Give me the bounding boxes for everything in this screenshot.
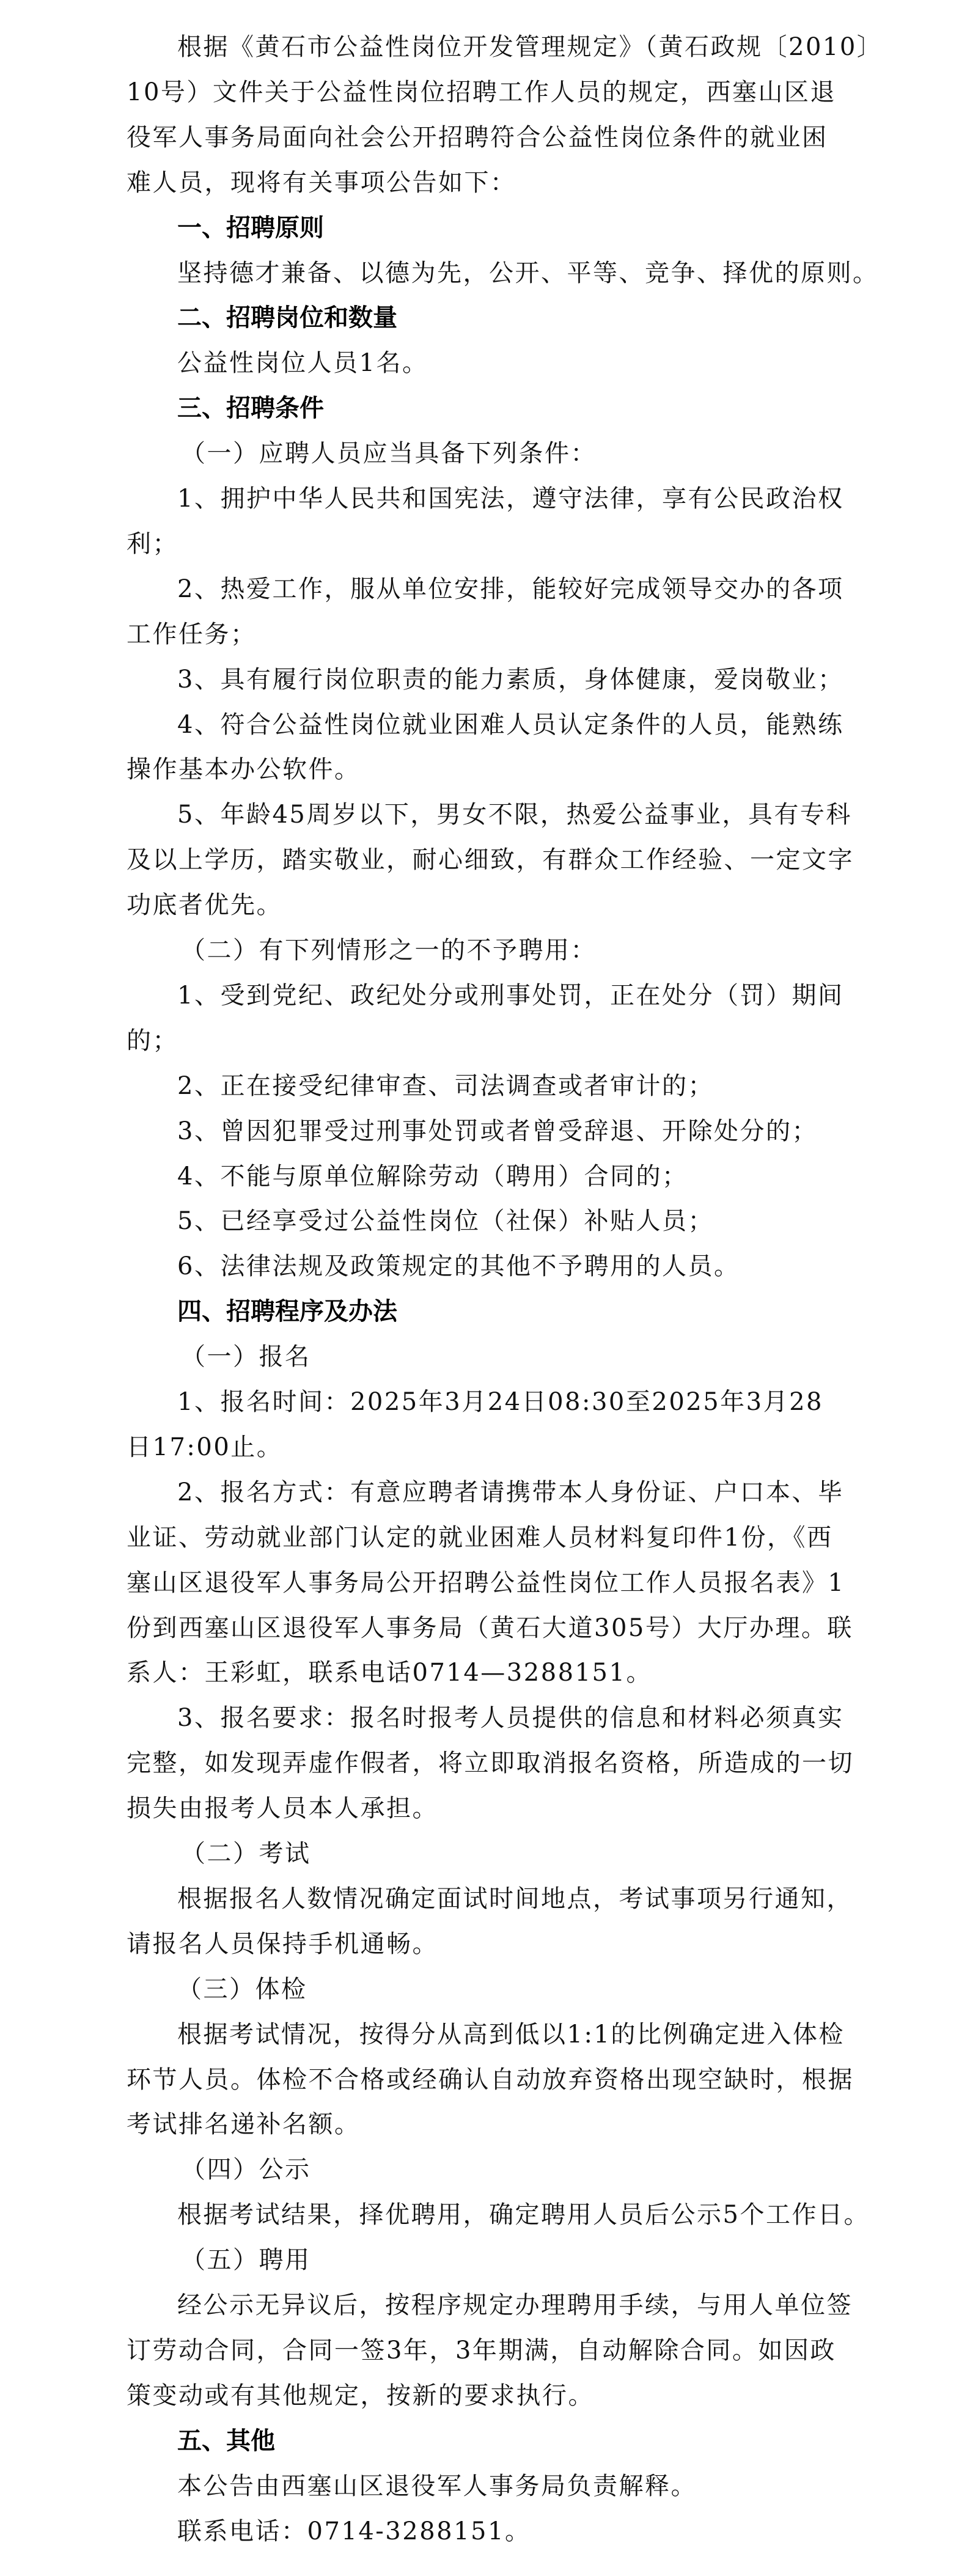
body-text-line: 及以上学历，踏实敬业，耐心细致，有群众工作经验、一定文字 xyxy=(127,837,848,883)
paragraph-first-line: 1、受到党纪、政纪处分或刑事处罚，正在处分（罚）期间 xyxy=(177,973,848,1018)
body-text-line: 日17:00止。 xyxy=(127,1425,848,1470)
paragraph-first-line: 2、报名方式：有意应聘者请携带本人身份证、户口本、毕 xyxy=(177,1470,848,1515)
body-text-line: 系人：王彩虹，联系电话0714—3288151。 xyxy=(127,1650,848,1695)
paragraph-first-line: 坚持德才兼备、以德为先，公开、平等、竞争、择优的原则。 xyxy=(177,251,848,296)
section-heading: 四、招聘程序及办法 xyxy=(177,1289,848,1334)
body-text-line: 订劳动合同，合同一签3年，3年期满，自动解除合同。如因政 xyxy=(127,2328,848,2373)
paragraph-first-line: 本公告由西塞山区退役军人事务局负责解释。 xyxy=(177,2464,848,2509)
body-text-line: 份到西塞山区退役军人事务局（黄石大道305号）大厅办理。联 xyxy=(127,1605,848,1651)
paragraph-first-line: （三）体检 xyxy=(177,1967,848,2012)
body-text-line: 环节人员。体检不合格或经确认自动放弃资格出现空缺时，根据 xyxy=(127,2057,848,2102)
paragraph-first-line: 3、报名要求：报名时报考人员提供的信息和材料必须真实 xyxy=(177,1695,848,1741)
paragraph-first-line: 2、热爱工作，服从单位安排，能较好完成领导交办的各项 xyxy=(177,567,848,612)
body-text-line: 工作任务； xyxy=(127,612,848,657)
paragraph-first-line: 3、具有履行岗位职责的能力素质，身体健康，爱岗敬业； xyxy=(177,657,848,702)
paragraph-first-line: 公益性岗位人员1名。 xyxy=(177,340,848,386)
paragraph-first-line: 联系电话：0714-3288151。 xyxy=(177,2509,848,2554)
subsection-heading: （五）聘用 xyxy=(181,2237,851,2283)
body-text-line: 完整，如发现弄虚作假者，将立即取消报名资格，所造成的一切 xyxy=(127,1741,848,1786)
subsection-heading: （二）有下列情形之一的不予聘用： xyxy=(181,928,851,973)
section-heading: 二、招聘岗位和数量 xyxy=(177,295,848,340)
body-text-line: 操作基本办公软件。 xyxy=(127,747,848,792)
paragraph-first-line: 根据考试结果，择优聘用，确定聘用人员后公示5个工作日。 xyxy=(177,2192,848,2237)
subsection-heading: （四）公示 xyxy=(181,2147,851,2192)
body-text-line: 塞山区退役军人事务局公开招聘公益性岗位工作人员报名表》1 xyxy=(127,1560,848,1605)
section-heading: 三、招聘条件 xyxy=(177,386,848,431)
paragraph-first-line: 1、报名时间：2025年3月24日08:30至2025年3月28 xyxy=(177,1379,848,1425)
body-text-line: 考试排名递补名额。 xyxy=(127,2102,848,2147)
paragraph-first-line: 5、已经享受过公益性岗位（社保）补贴人员； xyxy=(177,1198,848,1244)
body-text-line: 业证、劳动就业部门认定的就业困难人员材料复印件1份，《西 xyxy=(127,1515,848,1560)
body-text-line: 功底者优先。 xyxy=(127,883,848,928)
section-heading: 五、其他 xyxy=(177,2418,848,2464)
paragraph-first-line: 1、拥护中华人民共和国宪法，遵守法律，享有公民政治权 xyxy=(177,476,848,521)
paragraph-first-line: 根据报名人数情况确定面试时间地点，考试事项另行通知， xyxy=(177,1876,848,1921)
body-text-line: 的； xyxy=(127,1018,848,1063)
body-text-line: 策变动或有其他规定，按新的要求执行。 xyxy=(127,2373,848,2418)
subsection-heading: （一）报名 xyxy=(181,1334,851,1379)
paragraph-first-line: 5、年龄45周岁以下，男女不限，热爱公益事业，具有专科 xyxy=(177,792,848,837)
announcement-document: 根据《黄石市公益性岗位开发管理规定》（黄石政规〔2010〕10号）文件关于公益性… xyxy=(0,0,970,2576)
body-text-line: 损失由报考人员本人承担。 xyxy=(127,1786,848,1831)
paragraph-first-line: 3、曾因犯罪受过刑事处罚或者曾受辞退、开除处分的； xyxy=(177,1109,848,1154)
paragraph-first-line: 4、不能与原单位解除劳动（聘用）合同的； xyxy=(177,1154,848,1199)
body-text-line: 利； xyxy=(127,521,848,567)
body-text-line: 10号）文件关于公益性岗位招聘工作人员的规定，西塞山区退 xyxy=(127,70,848,115)
paragraph-first-line: 4、符合公益性岗位就业困难人员认定条件的人员，能熟练 xyxy=(177,702,848,747)
paragraph-first-line: 6、法律法规及政策规定的其他不予聘用的人员。 xyxy=(177,1244,848,1289)
paragraph-first-line: 2、正在接受纪律审查、司法调查或者审计的； xyxy=(177,1063,848,1109)
body-text-line: 请报名人员保持手机通畅。 xyxy=(127,1921,848,1967)
paragraph-first-line: 根据考试情况，按得分从高到低以1:1的比例确定进入体检 xyxy=(177,2012,848,2057)
body-text-line: 难人员，现将有关事项公告如下： xyxy=(127,160,848,205)
subsection-heading: （一）应聘人员应当具备下列条件： xyxy=(181,431,851,476)
body-text-line: 役军人事务局面向社会公开招聘符合公益性岗位条件的就业困 xyxy=(127,115,848,160)
section-heading: 一、招聘原则 xyxy=(177,205,848,251)
paragraph-first-line: 根据《黄石市公益性岗位开发管理规定》（黄石政规〔2010〕 xyxy=(177,24,848,70)
subsection-heading: （二）考试 xyxy=(181,1831,851,1876)
paragraph-first-line: 经公示无异议后，按程序规定办理聘用手续，与用人单位签 xyxy=(177,2283,848,2328)
